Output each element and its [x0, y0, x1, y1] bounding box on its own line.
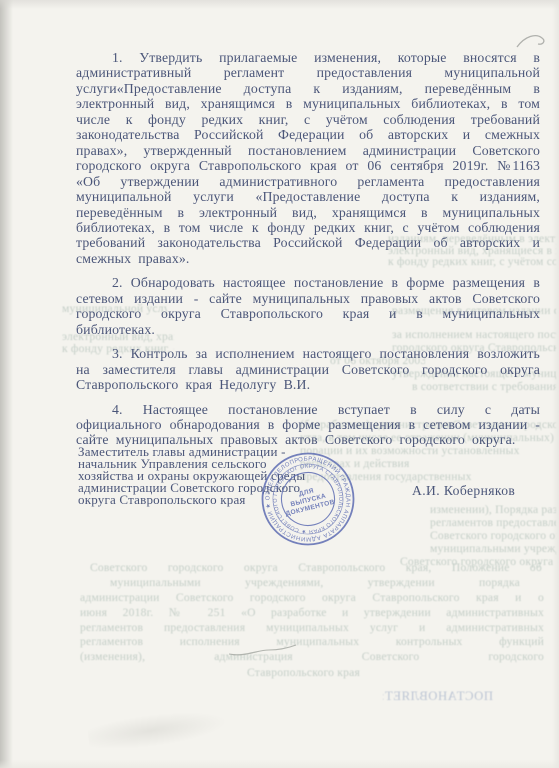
ghost-text-line: муниципальными учрежд — [430, 543, 556, 555]
ghost-text-line: регламентов исполнения муниципальных кон… — [80, 636, 544, 649]
paragraph-2-publish: 2. Обнародовать настоящее постановление … — [76, 275, 540, 337]
ghost-text-line: муниципальными учреждениями, утверждении… — [110, 577, 520, 590]
scan-edge-shadow-bottom — [0, 760, 559, 768]
ghost-text-line: Советского городского округа Ставропольс… — [90, 562, 542, 575]
stamp-center-text: ДЛЯВЫПУСКАДОКУМЕНТОВ — [281, 483, 336, 518]
ghost-text-line: (изменения), администрация Советского го… — [80, 651, 544, 664]
scan-edge-shadow-right — [552, 0, 559, 768]
ghost-text-line: регламентов предоставления — [430, 517, 556, 529]
ghost-text-line: ПОСТАНОВЛЯЕТ: — [383, 691, 493, 703]
ghost-text-line: Советского городского округа Ставроп — [400, 556, 556, 568]
signatory-name: А.И. Коберняков — [412, 483, 515, 499]
resolution-body-text: 1. Утвердить прилагаемые изменения, кото… — [76, 50, 540, 448]
scanned-document-page: { "colors": { "page_background": "#f4f3e… — [0, 0, 559, 768]
scan-smudge — [87, 706, 230, 755]
scan-edge-shadow-left — [0, 0, 13, 768]
ghost-text-line: регламентов предоставления муниципальных… — [80, 622, 544, 635]
ghost-text-line: Советского городского окр — [430, 530, 556, 542]
pen-squiggle-mark — [514, 30, 554, 54]
ghost-text-line: администрации Советского городского окру… — [80, 592, 544, 605]
pencil-scribble-mark — [227, 641, 299, 661]
scan-edge-shadow-top — [0, 0, 559, 9]
paragraph-1-approve-changes: 1. Утвердить прилагаемые изменения, кото… — [76, 50, 540, 266]
paragraph-3-control: 3. Контроль за исполнением настоящего по… — [76, 346, 540, 392]
ghost-text-line: Ставропольского края — [247, 667, 369, 679]
ghost-text-line: изменении), Порядка разработки — [430, 504, 556, 516]
ghost-text-line: июня 2018г. № 251 «О разработке и утверж… — [80, 607, 544, 620]
